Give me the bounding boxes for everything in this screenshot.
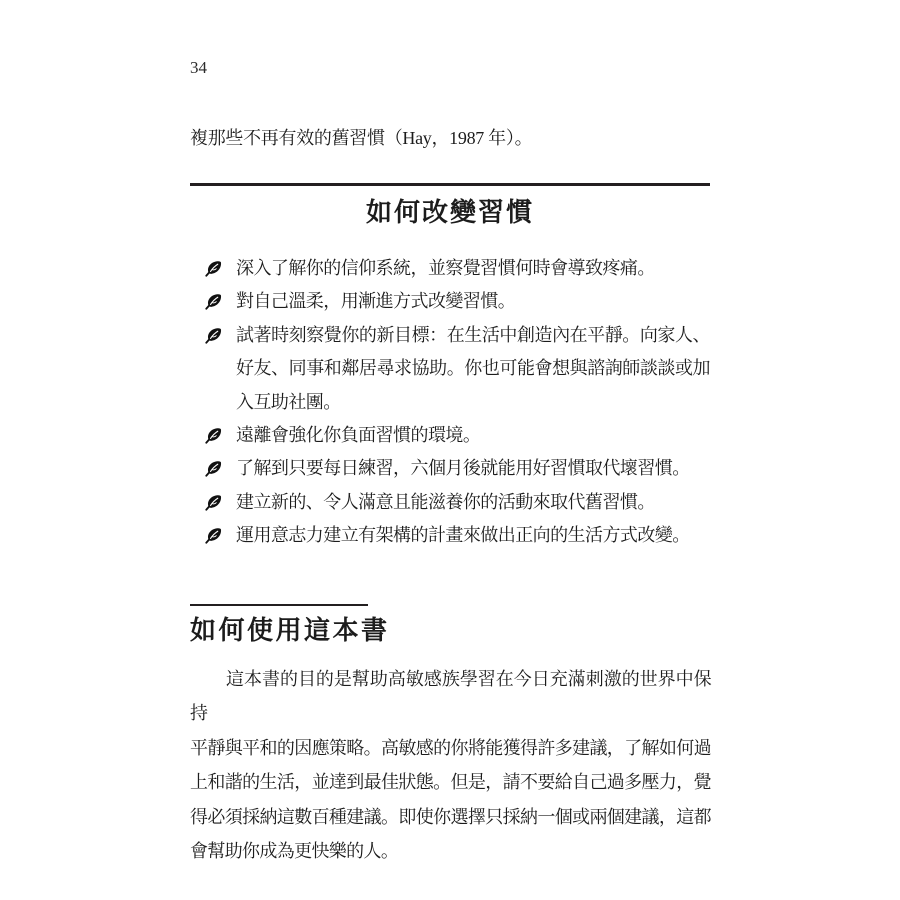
list-item-text: 深入了解你的信仰系統，並察覺習慣何時會導致疼痛。 (236, 252, 710, 285)
list-item-text: 對自己溫柔，用漸進方式改變習慣。 (236, 285, 710, 318)
carryover-paragraph: 複那些不再有效的舊習慣（Hay，1987 年）。 (190, 126, 730, 150)
habit-tips-list: 深入了解你的信仰系統，並察覺習慣何時會導致疼痛。 對自己溫柔，用漸進方式改變習慣… (205, 252, 710, 553)
section-title-how-to-use: 如何使用這本書 (190, 610, 390, 647)
leaf-icon (205, 494, 222, 511)
list-item-text: 了解到只要每日練習，六個月後就能用好習慣取代壞習慣。 (236, 452, 710, 485)
section-title-change-habits: 如何改變習慣 (190, 192, 710, 229)
usage-paragraph: 這本書的目的是幫助高敏感族學習在今日充滿刺激的世界中保持 平靜與平和的因應策略。… (190, 662, 711, 868)
subsection-overline-rule (190, 604, 368, 606)
list-item-text: 試著時刻察覺你的新目標：在生活中創造內在平靜。向家人、 好友、同事和鄰居尋求協助… (236, 319, 710, 419)
leaf-icon (205, 260, 222, 277)
paragraph-line: 平靜與平和的因應策略。高敏感的你將能獲得許多建議，了解如何過 (190, 731, 711, 765)
leaf-icon (205, 527, 222, 544)
leaf-icon (205, 460, 222, 477)
list-item-text: 運用意志力建立有架構的計畫來做出正向的生活方式改變。 (236, 519, 710, 552)
list-item-text: 遠離會強化你負面習慣的環境。 (236, 419, 710, 452)
list-item: 遠離會強化你負面習慣的環境。 (205, 419, 710, 452)
list-item: 運用意志力建立有架構的計畫來做出正向的生活方式改變。 (205, 519, 710, 552)
section-divider-rule (190, 183, 710, 186)
paragraph-line: 會幫助你成為更快樂的人。 (190, 834, 711, 868)
list-item: 試著時刻察覺你的新目標：在生活中創造內在平靜。向家人、 好友、同事和鄰居尋求協助… (205, 319, 710, 419)
paragraph-line: 這本書的目的是幫助高敏感族學習在今日充滿刺激的世界中保持 (190, 662, 711, 731)
page-number: 34 (190, 58, 207, 78)
leaf-icon (205, 427, 222, 444)
list-item-text: 建立新的、令人滿意且能滋養你的活動來取代舊習慣。 (236, 486, 710, 519)
paragraph-line: 得必須採納這數百種建議。即使你選擇只採納一個或兩個建議，這都 (190, 800, 711, 834)
leaf-icon (205, 327, 222, 344)
book-page: 34 複那些不再有效的舊習慣（Hay，1987 年）。 如何改變習慣 深入了解你… (0, 0, 900, 900)
list-item: 了解到只要每日練習，六個月後就能用好習慣取代壞習慣。 (205, 452, 710, 485)
leaf-icon (205, 293, 222, 310)
list-item: 對自己溫柔，用漸進方式改變習慣。 (205, 285, 710, 318)
paragraph-line: 上和諧的生活，並達到最佳狀態。但是，請不要給自己過多壓力，覺 (190, 765, 711, 799)
list-item: 建立新的、令人滿意且能滋養你的活動來取代舊習慣。 (205, 486, 710, 519)
list-item: 深入了解你的信仰系統，並察覺習慣何時會導致疼痛。 (205, 252, 710, 285)
